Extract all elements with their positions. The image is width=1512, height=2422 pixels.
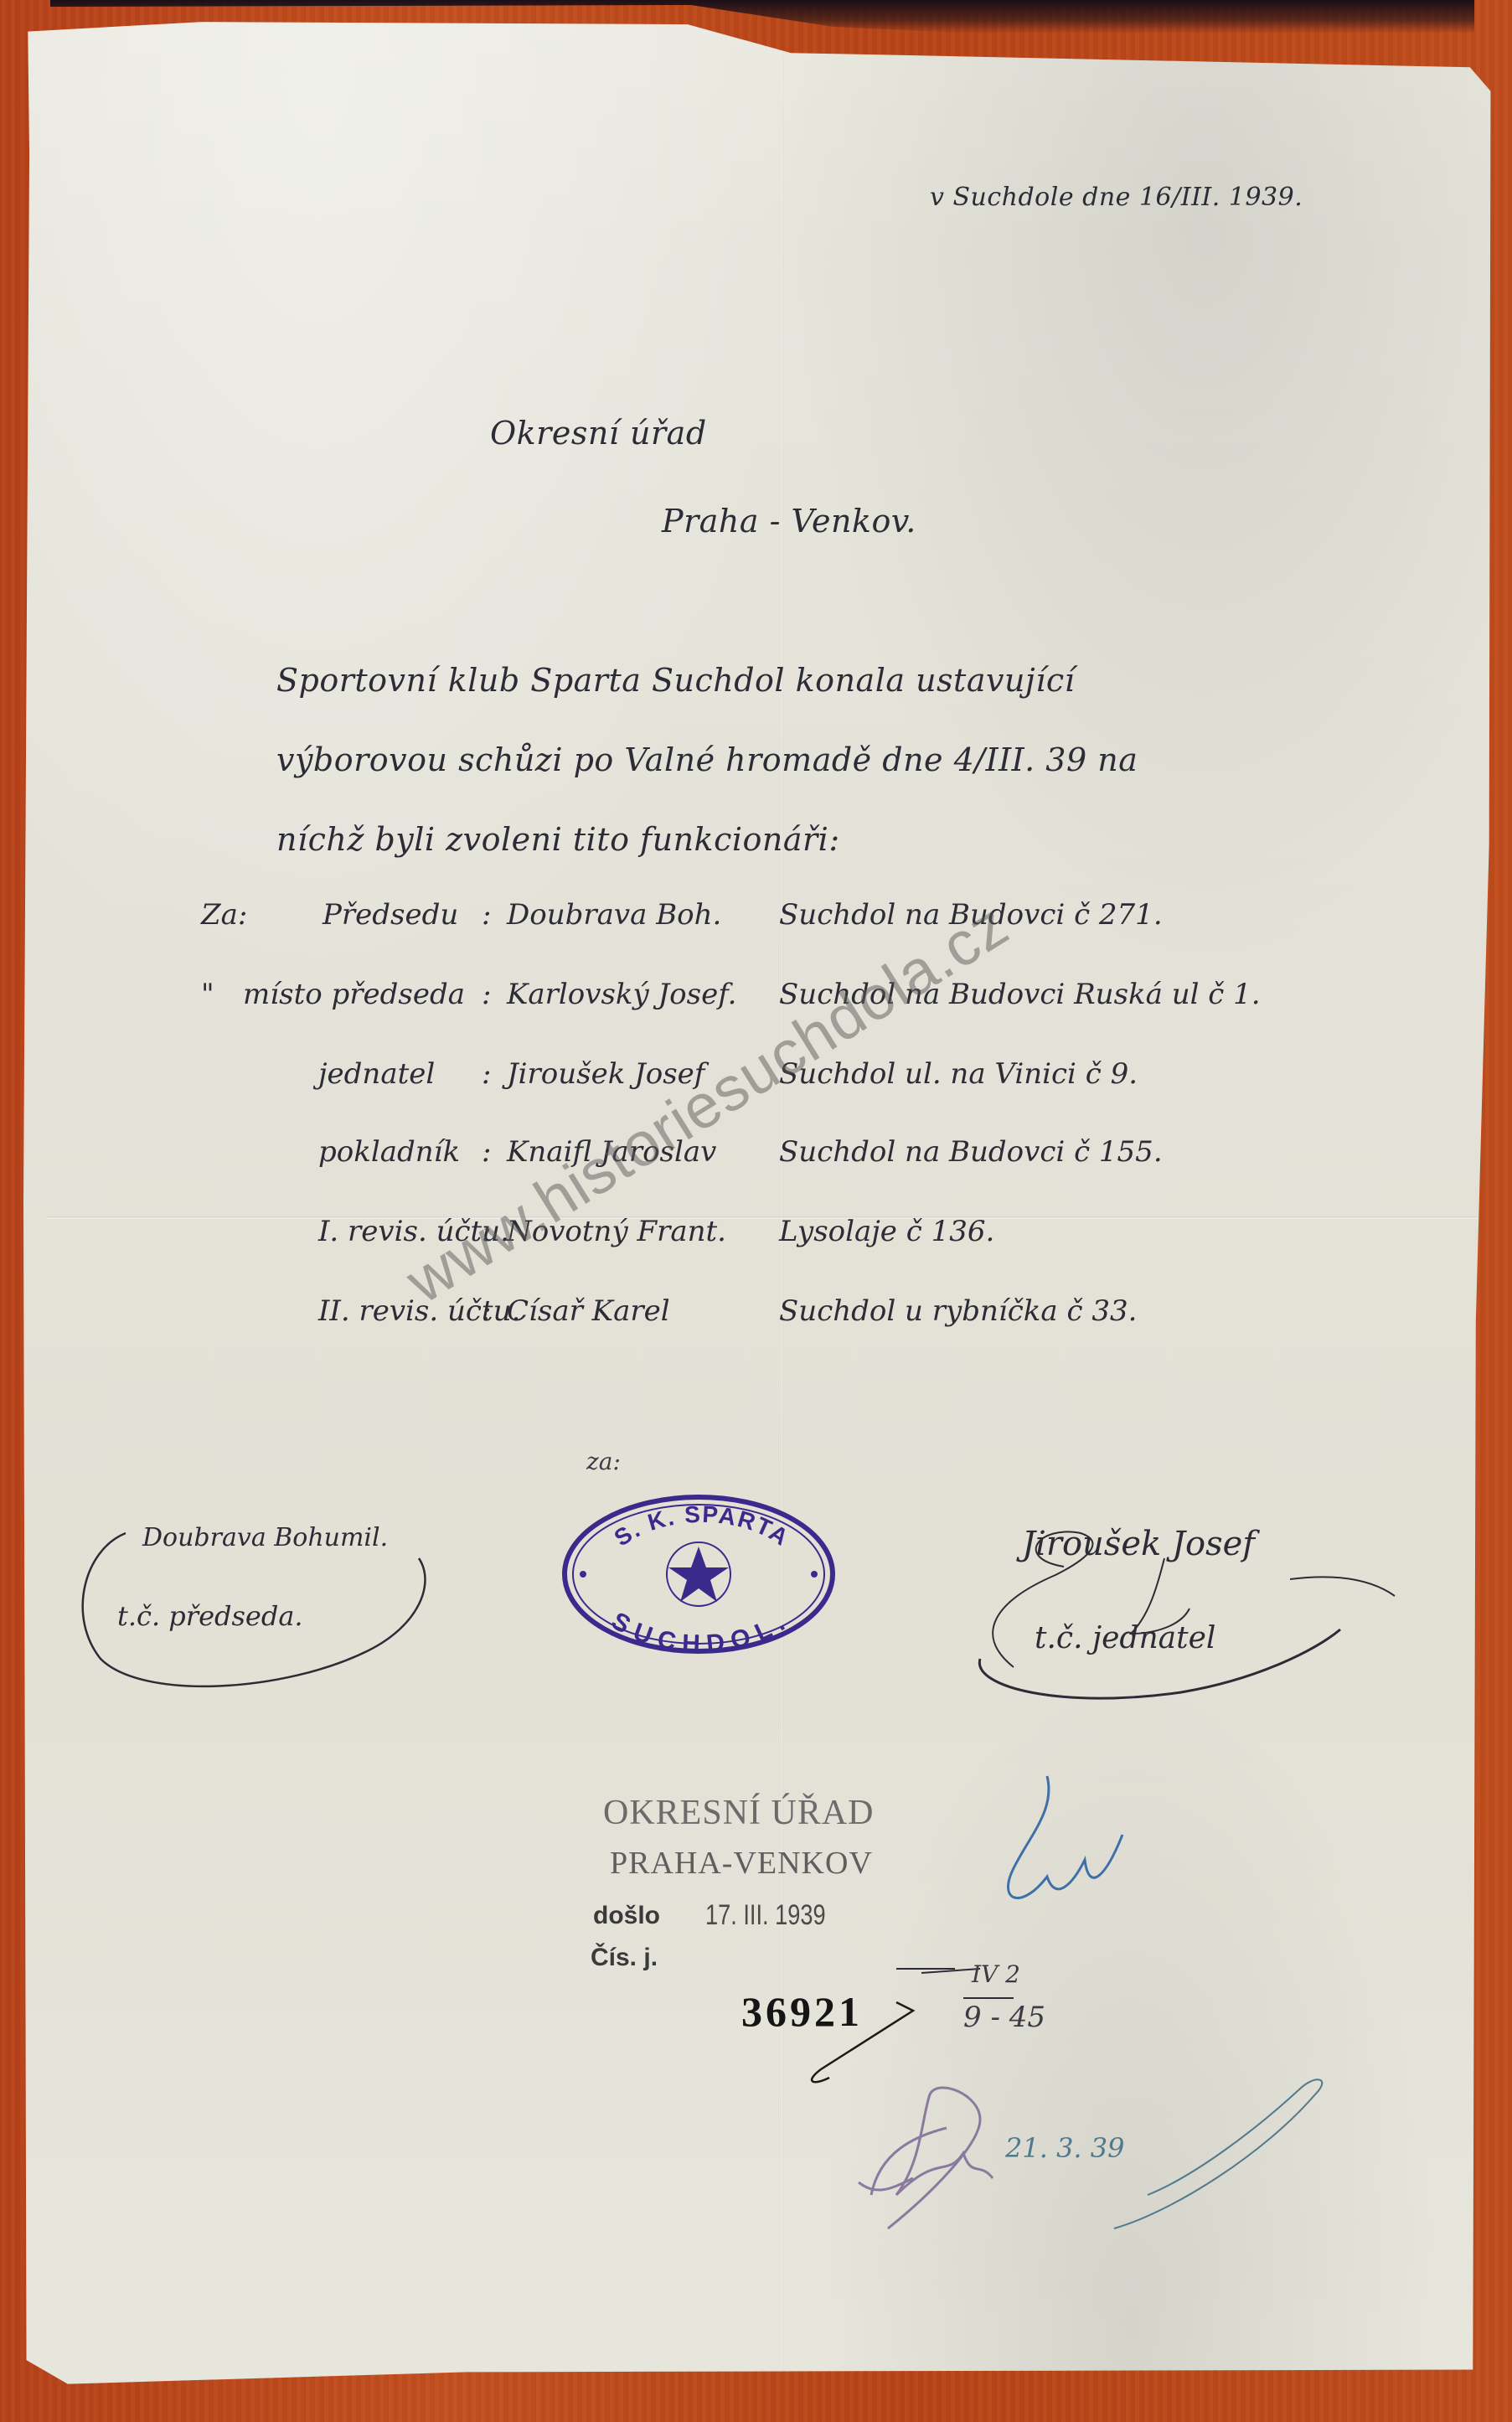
officer-row-auditor-1: I. revis. účtu. : Novotný Frant. Lysolaj… [193, 1215, 1240, 1265]
right-signature-title: t.č. jednatel [1035, 1621, 1215, 1655]
reference-label: Čís. j. [591, 1944, 658, 1972]
official-ink-marks-icon [796, 1759, 1382, 2279]
addressee-line-1: Okresní úřad [490, 415, 707, 452]
officer-name: Císař Karel [507, 1294, 670, 1328]
officer-role: místo předseda [243, 978, 465, 1011]
right-signature-name: Jiroušek Josef [1022, 1525, 1255, 1563]
blue-ink-date-note: 21. 3. 39 [1005, 2132, 1124, 2164]
svg-text:SUCHDOL.: SUCHDOL. [606, 1607, 794, 1656]
officer-row-auditor-2: II. revis. účtu. : Císař Karel Suchdol u… [193, 1294, 1240, 1345]
officer-colon: : [482, 1057, 491, 1091]
officer-colon: : [482, 978, 491, 1011]
body-line-3: níchž byli zvoleni tito funkcionáři: [276, 821, 840, 858]
officer-address: Lysolaje č 136. [779, 1215, 994, 1248]
left-signature-title: t.č. předseda. [117, 1600, 303, 1632]
file-reference-top: IV 2 [972, 1960, 1020, 1988]
officer-colon: : [482, 1135, 491, 1169]
officer-address: Suchdol na Budovci č 155. [779, 1135, 1163, 1169]
club-stamp-bottom-text: SUCHDOL. [606, 1607, 794, 1656]
officer-prefix: Za: [201, 898, 247, 932]
addressee-line-2: Praha - Venkov. [662, 503, 916, 540]
officer-colon: : [482, 1294, 491, 1328]
officer-row-treasurer: pokladník : Knaifl Jaroslav Suchdol na B… [193, 1135, 1240, 1185]
officer-role: Předsedu [323, 898, 458, 932]
file-reference-bottom: 9 - 45 [963, 2001, 1045, 2034]
signature-intro: za: [586, 1448, 621, 1475]
officer-row-vice-chairman: " místo předseda : Karlovský Josef. Such… [193, 978, 1240, 1028]
officer-name: Karlovský Josef. [507, 978, 736, 1011]
officer-row-chairman: Za: Předsedu : Doubrava Boh. Suchdol na … [193, 898, 1240, 948]
officer-prefix: " [201, 978, 214, 1011]
body-line-1: Sportovní klub Sparta Suchdol konala ust… [276, 662, 1075, 699]
left-signature-name: Doubrava Bohumil. [142, 1523, 388, 1552]
officer-role: jednatel [318, 1057, 435, 1091]
received-label: došlo [593, 1902, 660, 1930]
body-line-2: výborovou schůzi po Valné hromadě dne 4/… [276, 741, 1138, 778]
officer-address: Suchdol u rybníčka č 33. [779, 1294, 1137, 1328]
place-and-date: v Suchdole dne 16/III. 1939. [930, 183, 1303, 212]
officer-colon: : [482, 898, 491, 932]
officer-role: pokladník [318, 1135, 460, 1169]
officer-name: Doubrava Boh. [507, 898, 721, 932]
club-stamp-icon: S. K. SPARTA SUCHDOL. [560, 1493, 838, 1656]
